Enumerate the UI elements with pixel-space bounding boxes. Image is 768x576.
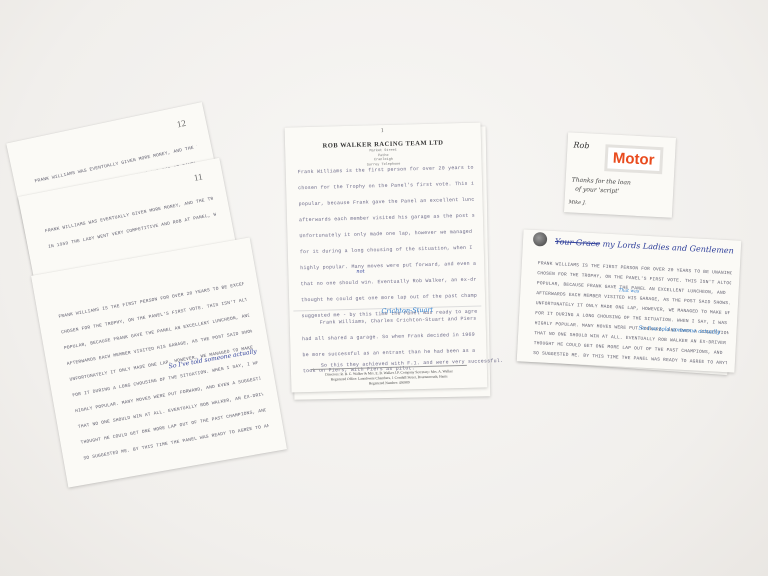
typed-text: Frank Williams is the first person for o… — [58, 281, 271, 471]
handwritten-insert-small: not — [356, 269, 364, 275]
page-number: 11 — [193, 171, 203, 182]
paper-clip-rivet — [533, 232, 548, 247]
motor-note: Rob Motor Thanks for the loan of your 's… — [564, 132, 676, 218]
handwritten-insert: Crichton-Stuart — [381, 306, 433, 315]
page-number: 1 — [381, 128, 384, 134]
right-speech-sheet: Your Grace my Lords Ladies and Gentlemen… — [517, 229, 742, 372]
page-number: 12 — [176, 118, 187, 130]
note-text-2: of your 'script' — [575, 186, 619, 195]
left-top-sheet: Frank Williams is the first person for o… — [31, 237, 287, 487]
speech-body: Frank Williams is the first person for o… — [533, 260, 732, 370]
center-letter: 1 ROB WALKER RACING TEAM LTD Market Stre… — [285, 122, 488, 392]
note-salutation: Rob — [573, 141, 589, 151]
letter-body: Frank Williams is the first person for o… — [298, 165, 478, 330]
motor-logo: Motor — [604, 144, 663, 174]
handwritten-heading: Your Grace my Lords Ladies and Gentlemen — [555, 237, 734, 255]
letter-footer: Directors: R. R. C. Walker & Mrs. E. B. … — [311, 365, 467, 388]
handwritten-insert: That was — [618, 288, 639, 294]
note-signature: Mike J. — [568, 199, 586, 206]
